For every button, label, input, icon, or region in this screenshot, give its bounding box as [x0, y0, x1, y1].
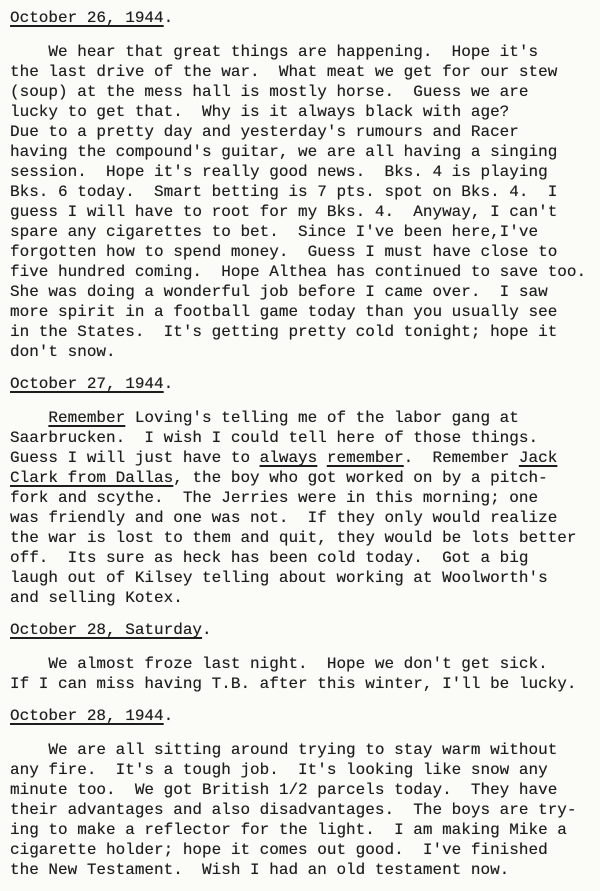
text-line: five hundred coming. Hope Althea has con…	[10, 262, 594, 282]
text-line: cigarette holder; hope it comes out good…	[10, 840, 594, 860]
entry-date-text: October 28, Saturday	[10, 621, 202, 639]
text-line: ing to make a reflector for the light. I…	[10, 820, 594, 840]
paragraph: Remember Loving's telling me of the labo…	[10, 408, 594, 608]
text-segment: We are all sitting around trying to stay…	[10, 741, 557, 759]
text-segment: laugh out of Kilsey telling about workin…	[10, 569, 548, 587]
text-line: laugh out of Kilsey telling about workin…	[10, 568, 594, 588]
text-segment: Bks. 6 today. Smart betting is 7 pts. sp…	[10, 183, 557, 201]
text-line: more spirit in a football game today tha…	[10, 302, 594, 322]
paragraph: We almost froze last night. Hope we don'…	[10, 654, 594, 694]
text-line: Remember Loving's telling me of the labo…	[10, 408, 594, 428]
diary-entry: October 28, Saturday. We almost froze la…	[10, 620, 594, 694]
text-line: in the States. It's getting pretty cold …	[10, 322, 594, 342]
text-line: lucky to get that. Why is it always blac…	[10, 102, 594, 122]
text-segment: We hear that great things are happening.…	[10, 43, 538, 61]
text-line: spare any cigarettes to bet. Since I've …	[10, 222, 594, 242]
text-line: fork and scythe. The Jerries were in thi…	[10, 488, 594, 508]
text-segment	[317, 449, 327, 467]
text-line: Saarbrucken. I wish I could tell here of…	[10, 428, 594, 448]
text-line: their advantages and also disadvantages.…	[10, 800, 594, 820]
text-segment: the New Testament. Wish I had an old tes…	[10, 861, 509, 879]
text-segment: more spirit in a football game today tha…	[10, 303, 557, 321]
text-segment: cigarette holder; hope it comes out good…	[10, 841, 548, 859]
text-line: Clark from Dallas, the boy who got worke…	[10, 468, 594, 488]
text-segment: (soup) at the mess hall is mostly horse.…	[10, 83, 528, 101]
text-segment: lucky to get that. Why is it always blac…	[10, 103, 509, 121]
entry-date-period: .	[164, 707, 174, 725]
entry-body: We hear that great things are happening.…	[10, 42, 594, 362]
text-segment: and selling Kotex.	[10, 589, 183, 607]
text-line: We hear that great things are happening.…	[10, 42, 594, 62]
text-segment: in the States. It's getting pretty cold …	[10, 323, 557, 341]
underlined-text: always	[260, 449, 318, 467]
text-line: having the compound's guitar, we are all…	[10, 142, 594, 162]
entry-date-period: .	[202, 621, 212, 639]
text-segment: the war is lost to them and quit, they w…	[10, 529, 577, 547]
text-segment: the last drive of the war. What meat we …	[10, 63, 557, 81]
entry-body: We are all sitting around trying to stay…	[10, 740, 594, 880]
entry-date-period: .	[164, 375, 174, 393]
text-segment: Due to a pretty day and yesterday's rumo…	[10, 123, 519, 141]
text-line: was friendly and one was not. If they on…	[10, 508, 594, 528]
text-segment: If I can miss having T.B. after this win…	[10, 675, 577, 693]
text-line: (soup) at the mess hall is mostly horse.…	[10, 82, 594, 102]
text-segment: ing to make a reflector for the light. I…	[10, 821, 567, 839]
text-segment: We almost froze last night. Hope we don'…	[10, 655, 548, 673]
text-line: the last drive of the war. What meat we …	[10, 62, 594, 82]
text-line: the war is lost to them and quit, they w…	[10, 528, 594, 548]
text-segment: forgotten how to spend money. Guess I mu…	[10, 243, 557, 261]
text-line: don't snow.	[10, 342, 594, 362]
paragraph: We are all sitting around trying to stay…	[10, 740, 594, 880]
diary-entries: October 26, 1944. We hear that great thi…	[10, 8, 594, 880]
underlined-text: Clark from Dallas	[10, 469, 173, 487]
text-line: the New Testament. Wish I had an old tes…	[10, 860, 594, 880]
text-segment: any fire. It's a tough job. It's looking…	[10, 761, 548, 779]
text-segment: . Remember	[404, 449, 519, 467]
entry-date-text: October 27, 1944	[10, 375, 164, 393]
text-segment: was friendly and one was not. If they on…	[10, 509, 557, 527]
text-segment: session. Hope it's really good news. Bks…	[10, 163, 548, 181]
text-segment: don't snow.	[10, 343, 116, 361]
diary-entry: October 27, 1944. Remember Loving's tell…	[10, 374, 594, 608]
paragraph: We hear that great things are happening.…	[10, 42, 594, 362]
underlined-text: Jack	[519, 449, 557, 467]
text-segment: five hundred coming. Hope Althea has con…	[10, 263, 586, 281]
text-line: Due to a pretty day and yesterday's rumo…	[10, 122, 594, 142]
text-segment: fork and scythe. The Jerries were in thi…	[10, 489, 538, 507]
text-segment: their advantages and also disadvantages.…	[10, 801, 577, 819]
text-line: minute too. We got British 1/2 parcels t…	[10, 780, 594, 800]
text-line: If I can miss having T.B. after this win…	[10, 674, 594, 694]
entry-date-text: October 28, 1944	[10, 707, 164, 725]
underlined-text: remember	[327, 449, 404, 467]
text-segment: minute too. We got British 1/2 parcels t…	[10, 781, 557, 799]
underlined-text: Remember	[48, 409, 125, 427]
text-segment: guess I will have to root for my Bks. 4.…	[10, 203, 557, 221]
text-segment: Loving's telling me of the labor gang at	[125, 409, 519, 427]
entry-date-text: October 26, 1944	[10, 9, 164, 27]
text-segment: Guess I will just have to	[10, 449, 260, 467]
text-segment: having the compound's guitar, we are all…	[10, 143, 557, 161]
text-segment: spare any cigarettes to bet. Since I've …	[10, 223, 538, 241]
text-segment	[10, 409, 48, 427]
document-page: October 26, 1944. We hear that great thi…	[0, 0, 600, 880]
text-line: any fire. It's a tough job. It's looking…	[10, 760, 594, 780]
text-line: She was doing a wonderful job before I c…	[10, 282, 594, 302]
diary-entry: October 28, 1944. We are all sitting aro…	[10, 706, 594, 880]
text-segment: Saarbrucken. I wish I could tell here of…	[10, 429, 538, 447]
entry-body: Remember Loving's telling me of the labo…	[10, 408, 594, 608]
entry-date-heading: October 27, 1944.	[10, 374, 594, 394]
text-line: guess I will have to root for my Bks. 4.…	[10, 202, 594, 222]
text-segment: She was doing a wonderful job before I c…	[10, 283, 548, 301]
diary-entry: October 26, 1944. We hear that great thi…	[10, 8, 594, 362]
text-line: session. Hope it's really good news. Bks…	[10, 162, 594, 182]
text-line: forgotten how to spend money. Guess I mu…	[10, 242, 594, 262]
entry-date-heading: October 28, Saturday.	[10, 620, 594, 640]
text-line: Guess I will just have to always remembe…	[10, 448, 594, 468]
text-segment: , the boy who got worked on by a pitch-	[173, 469, 547, 487]
entry-date-heading: October 26, 1944.	[10, 8, 594, 28]
text-line: Bks. 6 today. Smart betting is 7 pts. sp…	[10, 182, 594, 202]
text-line: and selling Kotex.	[10, 588, 594, 608]
entry-date-period: .	[164, 9, 174, 27]
entry-date-heading: October 28, 1944.	[10, 706, 594, 726]
text-line: We are all sitting around trying to stay…	[10, 740, 594, 760]
text-line: We almost froze last night. Hope we don'…	[10, 654, 594, 674]
text-line: off. Its sure as heck has been cold toda…	[10, 548, 594, 568]
entry-body: We almost froze last night. Hope we don'…	[10, 654, 594, 694]
text-segment: off. Its sure as heck has been cold toda…	[10, 549, 528, 567]
